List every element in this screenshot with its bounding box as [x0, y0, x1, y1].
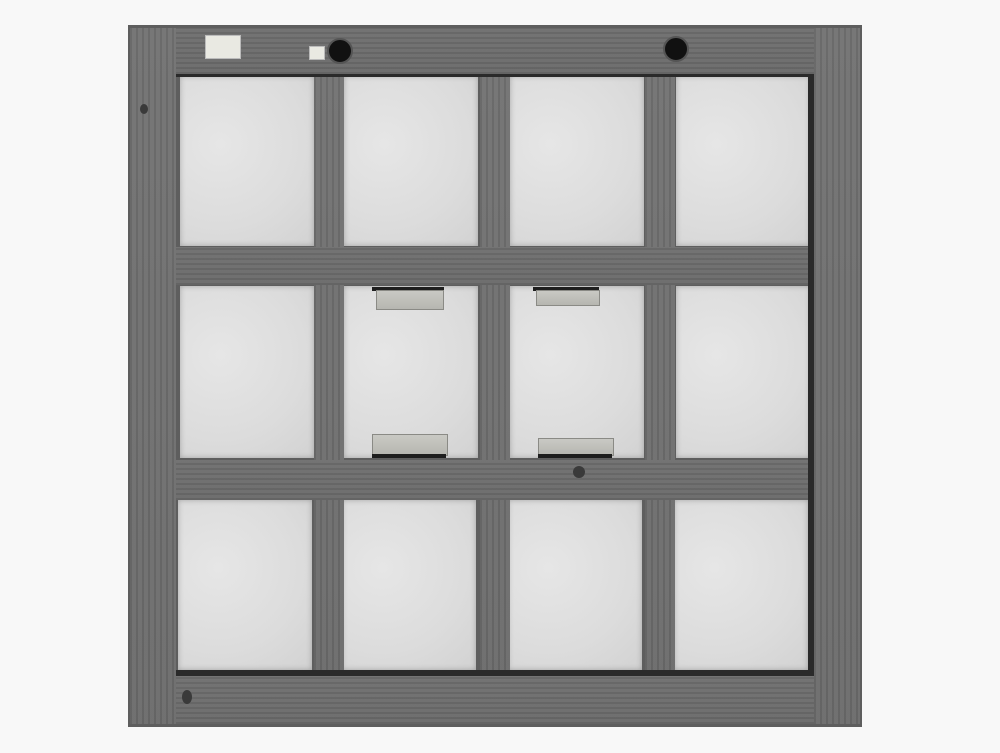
canvas-panel [178, 500, 312, 670]
canvas-panel [342, 500, 476, 670]
frame-right-stile [814, 28, 860, 724]
canvas-tab [536, 290, 600, 306]
vertical-crossbar [645, 74, 675, 674]
tab-shadow [538, 454, 612, 458]
horizontal-crossbar [176, 247, 814, 285]
shadow-edge [808, 74, 814, 676]
frame-bottom-rail [132, 676, 858, 724]
canvas-panel [344, 286, 478, 458]
frame-left-stile [130, 28, 176, 724]
canvas-tab [376, 290, 444, 310]
canvas-panel [510, 76, 644, 246]
canvas-panel [676, 76, 810, 246]
photograph [0, 0, 1000, 753]
canvas-panel [508, 500, 642, 670]
wood-knot [182, 690, 192, 704]
frame-hole [663, 36, 689, 62]
number-label [309, 46, 325, 60]
canvas-panel [344, 76, 478, 246]
tab-shadow [372, 454, 446, 458]
wood-knot [573, 466, 585, 478]
canvas-panel [676, 286, 810, 458]
canvas-panel [180, 76, 314, 246]
wood-knot [140, 104, 148, 114]
frame-hole [327, 38, 353, 64]
horizontal-crossbar [176, 460, 814, 500]
vertical-crossbar [480, 74, 510, 674]
canvas-panel [180, 286, 314, 458]
paper-label [205, 35, 241, 59]
canvas-panel [674, 500, 808, 670]
canvas-tab [372, 434, 448, 456]
shadow-edge [176, 670, 814, 676]
canvas-panel [510, 286, 644, 458]
vertical-crossbar [314, 74, 344, 674]
shadow-edge [176, 74, 814, 77]
